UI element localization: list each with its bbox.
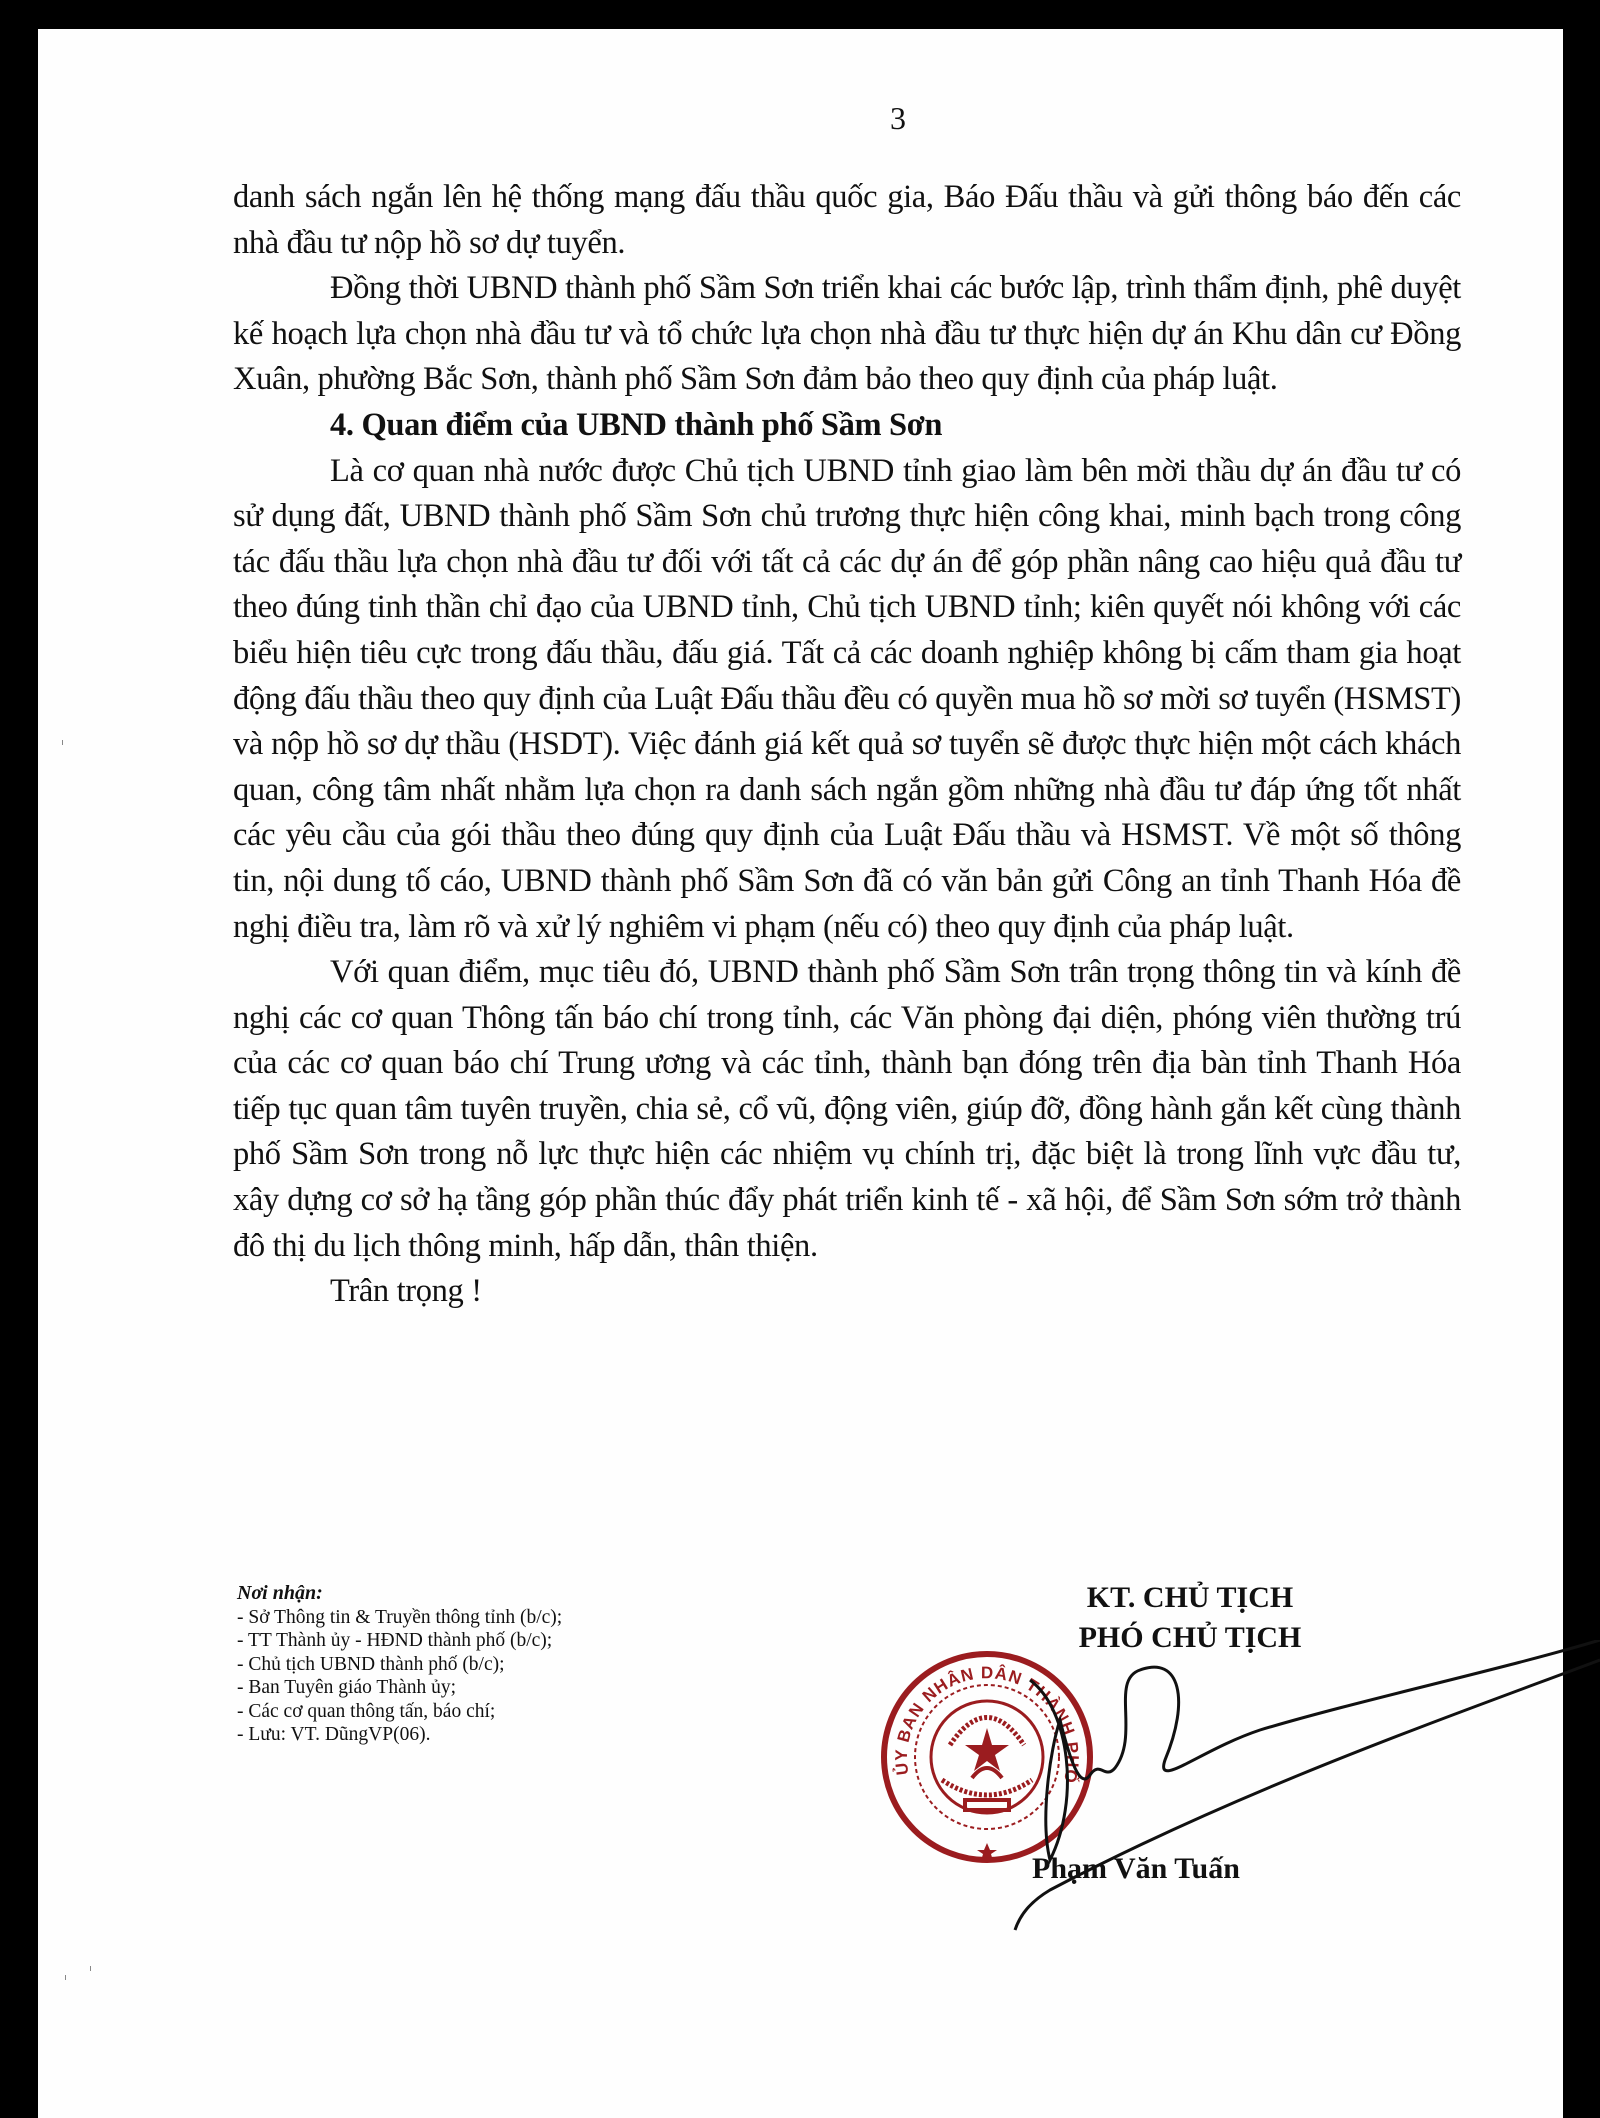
paragraph-continuation: danh sách ngắn lên hệ thống mạng đấu thầ… bbox=[233, 175, 1461, 266]
recipients-title: Nơi nhận: bbox=[237, 1582, 562, 1606]
handwritten-signature-icon bbox=[940, 1640, 1600, 1940]
paragraph-viewpoint: Là cơ quan nhà nước được Chủ tịch UBND t… bbox=[233, 449, 1461, 951]
paragraph-appeal: Với quan điểm, mục tiêu đó, UBND thành p… bbox=[233, 950, 1461, 1269]
scan-speck bbox=[90, 1966, 91, 1971]
recipient-item: - Các cơ quan thông tấn, báo chí; bbox=[237, 1700, 562, 1724]
paragraph-investor-selection: Đồng thời UBND thành phố Sầm Sơn triển k… bbox=[233, 266, 1461, 403]
closing-salutation: Trân trọng ! bbox=[233, 1269, 1461, 1315]
recipient-item: - Chủ tịch UBND thành phố (b/c); bbox=[237, 1653, 562, 1677]
signer-name: Phạm Văn Tuấn bbox=[1032, 1852, 1240, 1886]
recipient-item: - Ban Tuyên giáo Thành ủy; bbox=[237, 1676, 562, 1700]
recipients-block: Nơi nhận: - Sở Thông tin & Truyền thông … bbox=[237, 1582, 562, 1747]
scan-speck bbox=[65, 1975, 66, 1980]
document-body: danh sách ngắn lên hệ thống mạng đấu thầ… bbox=[233, 175, 1461, 1315]
signer-role-line1: KT. CHỦ TỊCH bbox=[980, 1578, 1400, 1618]
recipient-item: - Sở Thông tin & Truyền thông tỉnh (b/c)… bbox=[237, 1606, 562, 1630]
page-number: 3 bbox=[98, 100, 1600, 137]
recipients-list: - Sở Thông tin & Truyền thông tỉnh (b/c)… bbox=[237, 1606, 562, 1747]
section-heading: 4. Quan điểm của UBND thành phố Sầm Sơn bbox=[233, 403, 1461, 449]
recipient-item: - Lưu: VT. DũngVP(06). bbox=[237, 1723, 562, 1747]
scan-speck bbox=[62, 740, 63, 745]
recipient-item: - TT Thành ủy - HĐND thành phố (b/c); bbox=[237, 1629, 562, 1653]
